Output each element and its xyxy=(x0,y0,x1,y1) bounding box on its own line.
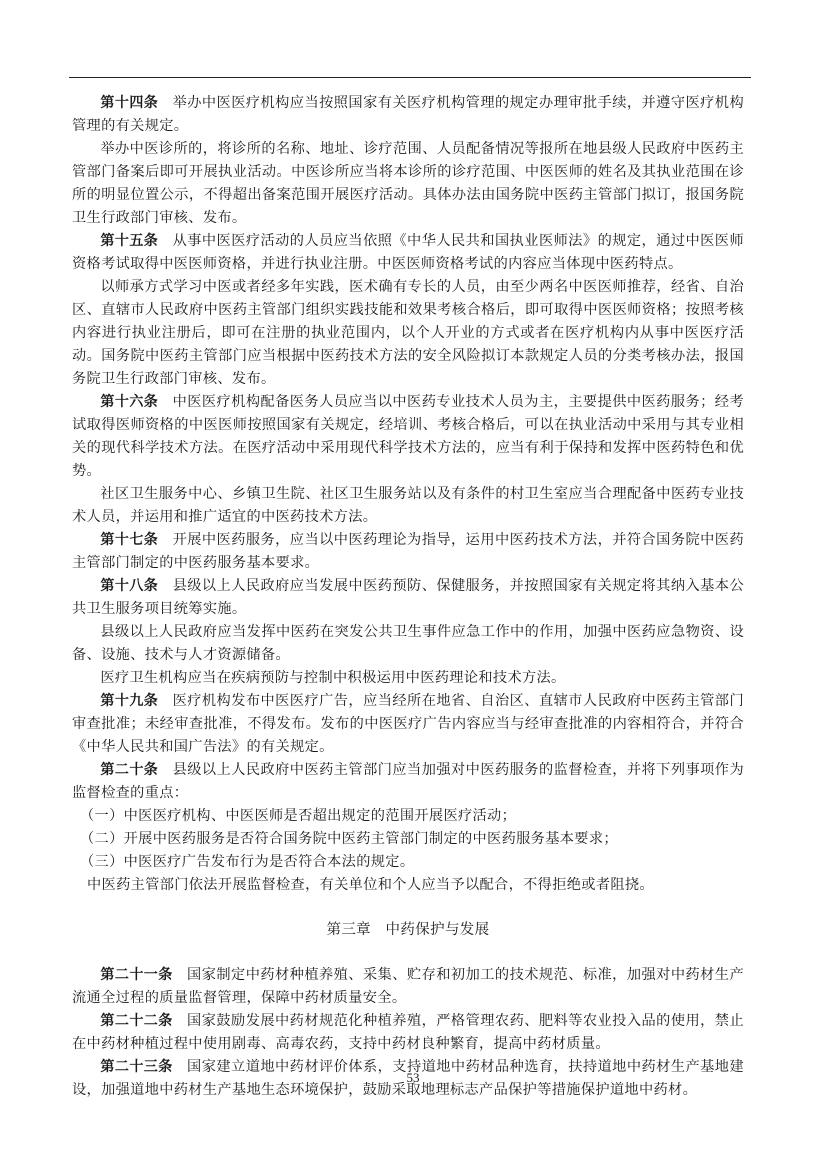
article-paragraph: 第二十一条国家制定中药材种植养殖、采集、贮存和初加工的技术规范、标准，加强对中药… xyxy=(72,964,744,1010)
chapter-title: 中药保护与发展 xyxy=(386,922,490,938)
body-paragraph: 中医药主管部门依法开展监督检查，有关单位和个人应当予以配合，不得拒绝或者阻挠。 xyxy=(72,874,744,897)
article-text: 县级以上人民政府中医药主管部门应当加强对中医药服务的监督检查，并将下列事项作为监… xyxy=(72,762,744,801)
body-paragraph: 以师承方式学习中医或者经多年实践，医术确有专长的人员，由至少两名中医医师推荐，经… xyxy=(72,276,744,391)
article-text: 开展中医药服务，应当以中医药理论为指导，运用中医药技术方法，并符合国务院中医药主… xyxy=(72,532,744,571)
body-paragraph: 县级以上人民政府应当发挥中医药在突发公共卫生事件应急工作中的作用，加强中医药应急… xyxy=(72,621,744,667)
article-paragraph: 第二十条县级以上人民政府中医药主管部门应当加强对中医药服务的监督检查，并将下列事… xyxy=(72,759,744,805)
chapter-two-section: 第十四条举办中医医疗机构应当按照国家有关医疗机构管理的规定办理审批手续，并遵守医… xyxy=(72,92,744,897)
page-number: 53 xyxy=(0,1070,826,1086)
article-paragraph: 第十四条举办中医医疗机构应当按照国家有关医疗机构管理的规定办理审批手续，并遵守医… xyxy=(72,92,744,138)
chapter-number: 第三章 xyxy=(326,922,371,938)
article-label: 第十六条 xyxy=(100,394,158,410)
header-rule xyxy=(69,77,751,78)
article-text: 县级以上人民政府应当发展中医药预防、保健服务，并按照国家有关规定将其纳入基本公共… xyxy=(72,578,744,617)
article-text: 从事中医医疗活动的人员应当依照《中华人民共和国执业医师法》的规定，通过中医医师资… xyxy=(72,233,744,272)
article-paragraph: 第十五条从事中医医疗活动的人员应当依照《中华人民共和国执业医师法》的规定，通过中… xyxy=(72,230,744,276)
list-item: （二）开展中医药服务是否符合国务院中医药主管部门制定的中医药服务基本要求； xyxy=(72,828,744,851)
article-label: 第二十条 xyxy=(100,762,158,778)
article-label: 第十九条 xyxy=(100,693,158,709)
document-body: 第十四条举办中医医疗机构应当按照国家有关医疗机构管理的规定办理审批手续，并遵守医… xyxy=(72,92,744,1102)
article-text: 举办中医医疗机构应当按照国家有关医疗机构管理的规定办理审批手续，并遵守医疗机构管… xyxy=(72,95,744,134)
article-text: 中医医疗机构配备医务人员应当以中医药专业技术人员为主，主要提供中医药服务；经考试… xyxy=(72,394,744,479)
article-label: 第二十二条 xyxy=(100,1013,172,1029)
body-paragraph: 医疗卫生机构应当在疾病预防与控制中积极运用中医药理论和技术方法。 xyxy=(72,667,744,690)
article-text: 医疗机构发布中医医疗广告，应当经所在地省、自治区、直辖市人民政府中医药主管部门审… xyxy=(72,693,744,755)
article-label: 第十八条 xyxy=(100,578,158,594)
body-paragraph: 举办中医诊所的，将诊所的名称、地址、诊疗范围、人员配备情况等报所在地县级人民政府… xyxy=(72,138,744,230)
article-label: 第二十一条 xyxy=(100,967,172,983)
article-paragraph: 第二十二条国家鼓励发展中药材规范化种植养殖，严格管理农药、肥料等农业投入品的使用… xyxy=(72,1010,744,1056)
article-paragraph: 第十七条开展中医药服务，应当以中医药理论为指导，运用中医药技术方法，并符合国务院… xyxy=(72,529,744,575)
article-paragraph: 第十六条中医医疗机构配备医务人员应当以中医药专业技术人员为主，主要提供中医药服务… xyxy=(72,391,744,483)
article-label: 第十七条 xyxy=(100,532,158,548)
list-item: （一）中医医疗机构、中医医师是否超出规定的范围开展医疗活动； xyxy=(72,805,744,828)
article-paragraph: 第十九条医疗机构发布中医医疗广告，应当经所在地省、自治区、直辖市人民政府中医药主… xyxy=(72,690,744,759)
chapter-heading: 第三章中药保护与发展 xyxy=(72,919,744,942)
body-paragraph: 社区卫生服务中心、乡镇卫生院、社区卫生服务站以及有条件的村卫生室应当合理配备中医… xyxy=(72,483,744,529)
article-paragraph: 第十八条县级以上人民政府应当发展中医药预防、保健服务，并按照国家有关规定将其纳入… xyxy=(72,575,744,621)
list-item: （三）中医医疗广告发布行为是否符合本法的规定。 xyxy=(72,851,744,874)
article-label: 第十五条 xyxy=(100,233,158,249)
article-label: 第十四条 xyxy=(100,95,158,111)
